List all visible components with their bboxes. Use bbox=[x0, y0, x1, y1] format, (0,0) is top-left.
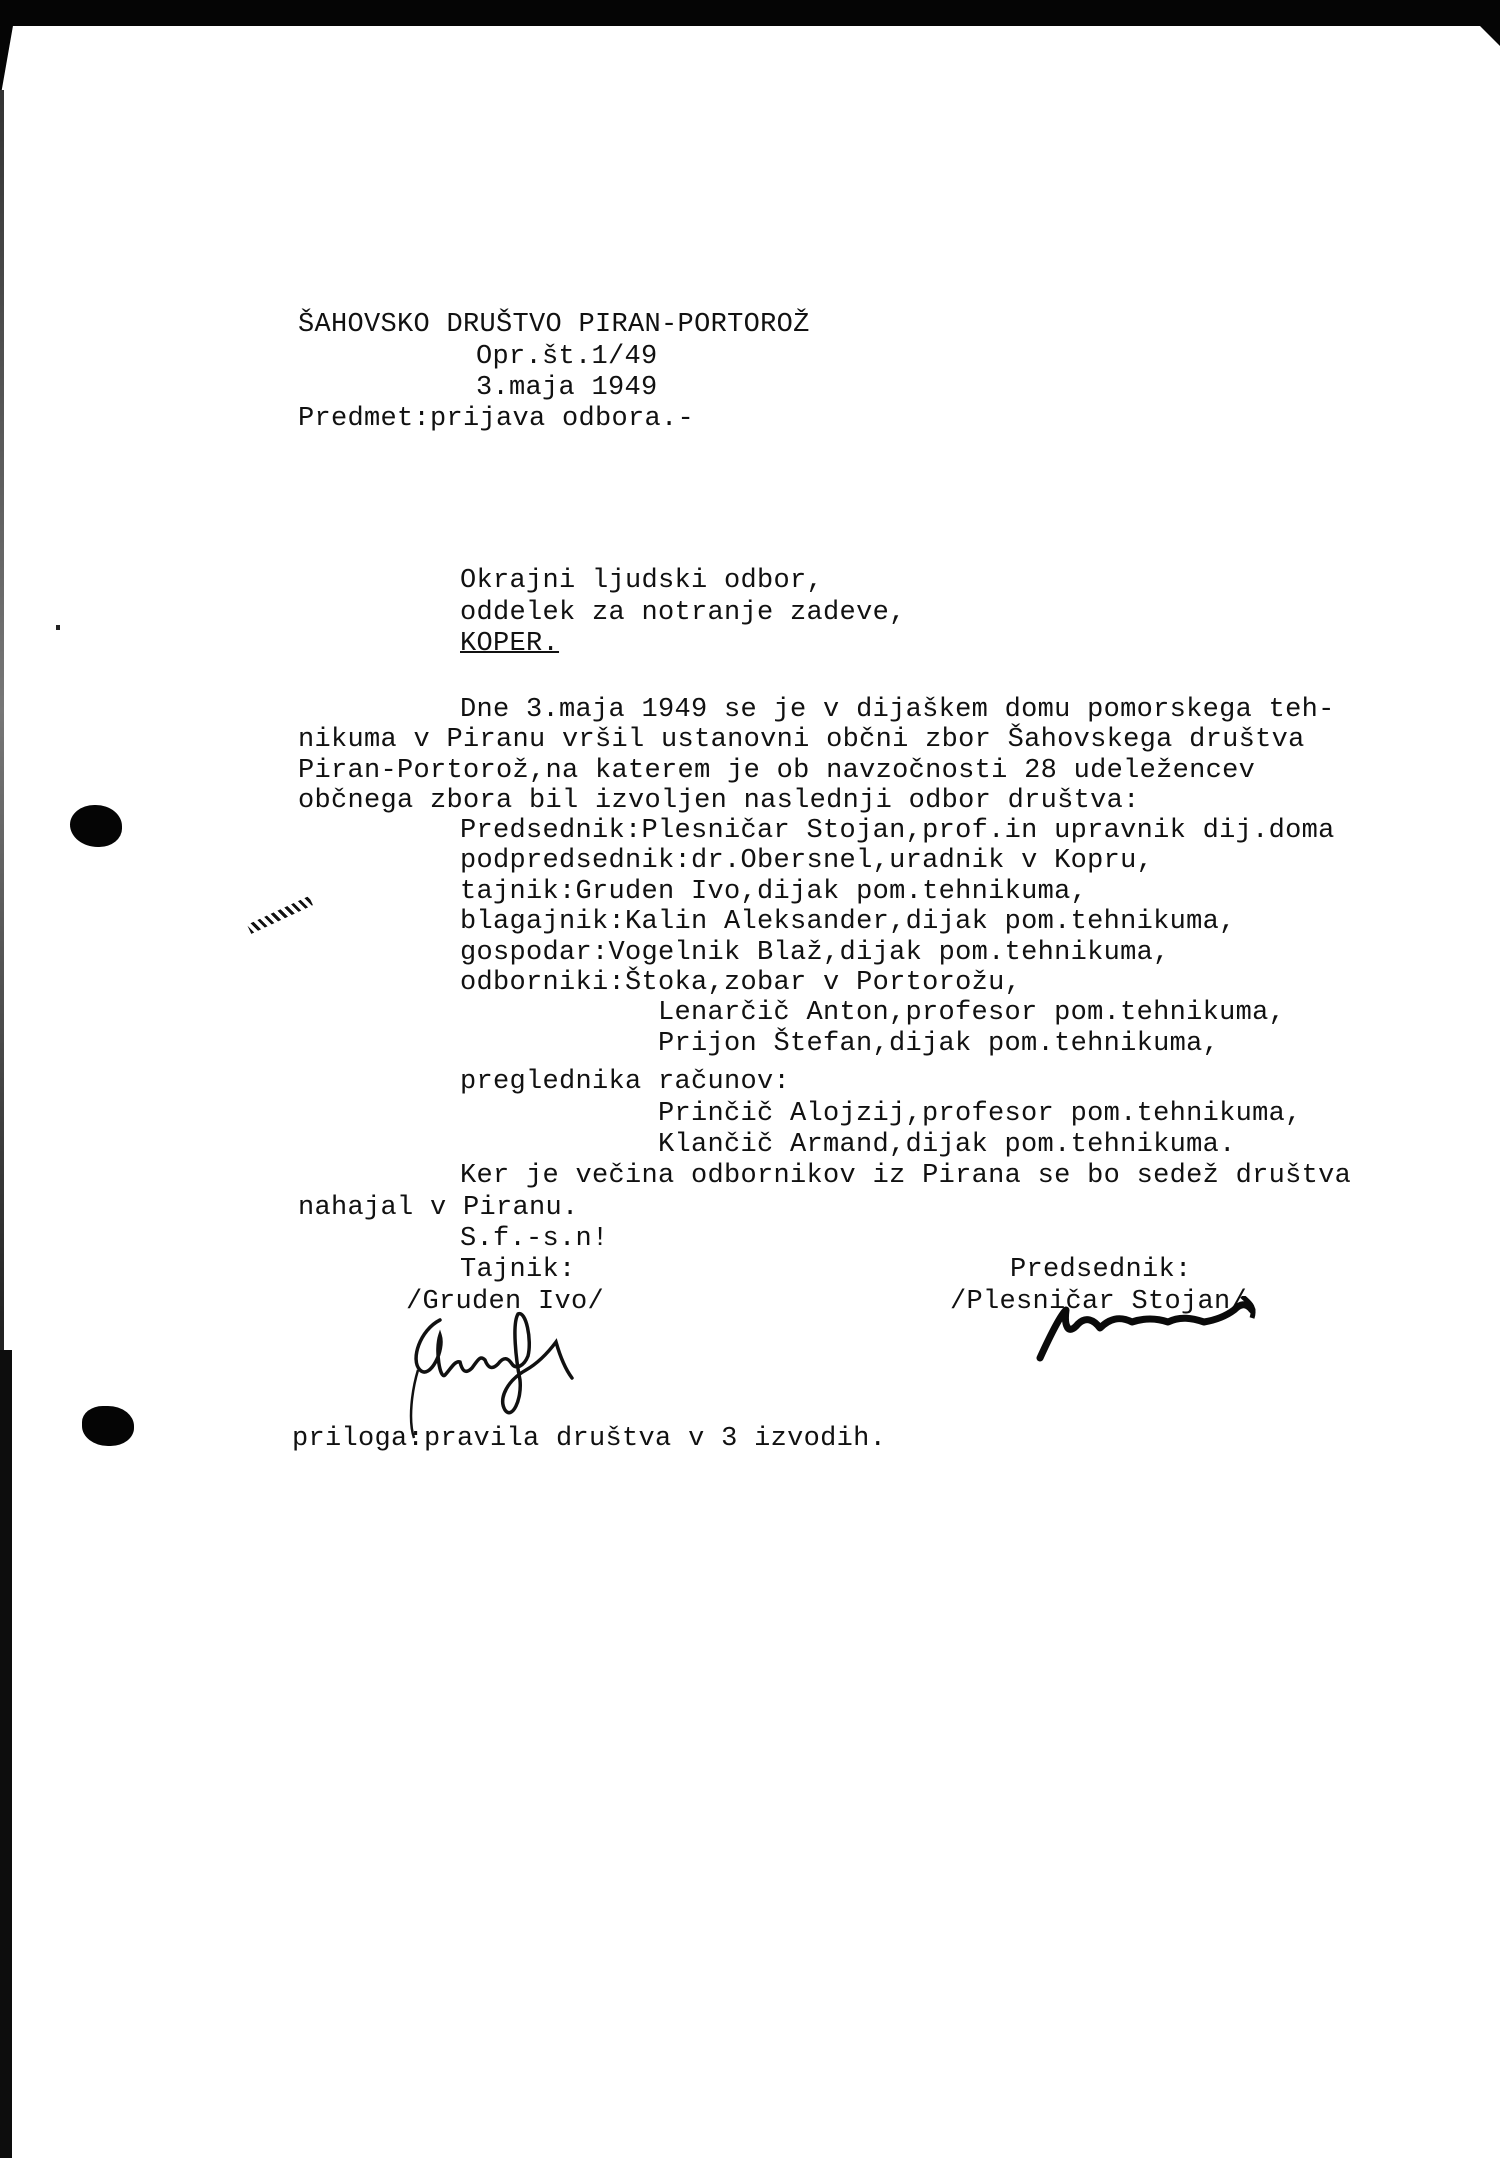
auditor: Klančič Armand,dijak pom.tehnikuma. bbox=[658, 1130, 1236, 1160]
recipient-city: KOPER. bbox=[460, 629, 559, 659]
president-signature bbox=[1020, 1296, 1320, 1366]
scan-corner-left bbox=[0, 20, 14, 100]
president-title: Predsednik: bbox=[1010, 1255, 1192, 1285]
subject-line: Predmet:prijava odbora.- bbox=[298, 404, 694, 434]
secretary-signature bbox=[400, 1290, 660, 1440]
secretary-title: Tajnik: bbox=[460, 1255, 576, 1285]
committee-member: Lenarčič Anton,profesor pom.tehnikuma, bbox=[658, 998, 1285, 1028]
committee-treasurer: blagajnik:Kalin Aleksander,dijak pom.teh… bbox=[460, 907, 1236, 937]
body-line-1: Dne 3.maja 1949 se je v dijaškem domu po… bbox=[460, 695, 1335, 725]
ink-mark bbox=[247, 896, 313, 934]
committee-secretary: tajnik:Gruden Ivo,dijak pom.tehnikuma, bbox=[460, 877, 1087, 907]
scan-corner-right bbox=[1474, 20, 1500, 46]
closing-line-2: nahajal v Piranu. bbox=[298, 1193, 579, 1223]
committee-member: Prijon Štefan,dijak pom.tehnikuma, bbox=[658, 1029, 1219, 1059]
body-line-4: občnega zbora bil izvoljen naslednji odb… bbox=[298, 786, 1140, 816]
closing-line-1: Ker je večina odbornikov iz Pirana se bo… bbox=[460, 1161, 1351, 1191]
committee-steward: gospodar:Vogelnik Blaž,dijak pom.tehniku… bbox=[460, 938, 1170, 968]
auditor: Prinčič Alojzij,profesor pom.tehnikuma, bbox=[658, 1099, 1302, 1129]
auditors-heading: preglednika računov: bbox=[460, 1067, 790, 1097]
salutation: S.f.-s.n! bbox=[460, 1224, 609, 1254]
body-line-3: Piran-Portorož,na katerem je ob navzočno… bbox=[298, 756, 1255, 786]
committee-vice-president: podpredsednik:dr.Obersnel,uradnik v Kopr… bbox=[460, 846, 1153, 876]
reference-number: Opr.št.1/49 bbox=[476, 342, 658, 372]
ink-dot bbox=[56, 625, 60, 630]
scan-top-border bbox=[0, 0, 1500, 26]
body-line-2: nikuma v Piranu vršil ustanovni občni zb… bbox=[298, 725, 1305, 755]
scan-left-edge-shadow bbox=[0, 1350, 12, 2158]
punch-hole-mark bbox=[82, 1406, 134, 1446]
committee-members: odborniki:Štoka,zobar v Portorožu, bbox=[460, 968, 1021, 998]
letter-date: 3.maja 1949 bbox=[476, 373, 658, 403]
punch-hole-mark bbox=[70, 805, 122, 847]
attachment-note: priloga:pravila društva v 3 izvodih. bbox=[292, 1424, 886, 1454]
organization-name: ŠAHOVSKO DRUŠTVO PIRAN-PORTOROŽ bbox=[298, 310, 810, 340]
recipient-line-1: Okrajni ljudski odbor, bbox=[460, 566, 823, 596]
recipient-line-2: oddelek za notranje zadeve, bbox=[460, 598, 906, 628]
committee-president: Predsednik:Plesničar Stojan,prof.in upra… bbox=[460, 816, 1335, 846]
